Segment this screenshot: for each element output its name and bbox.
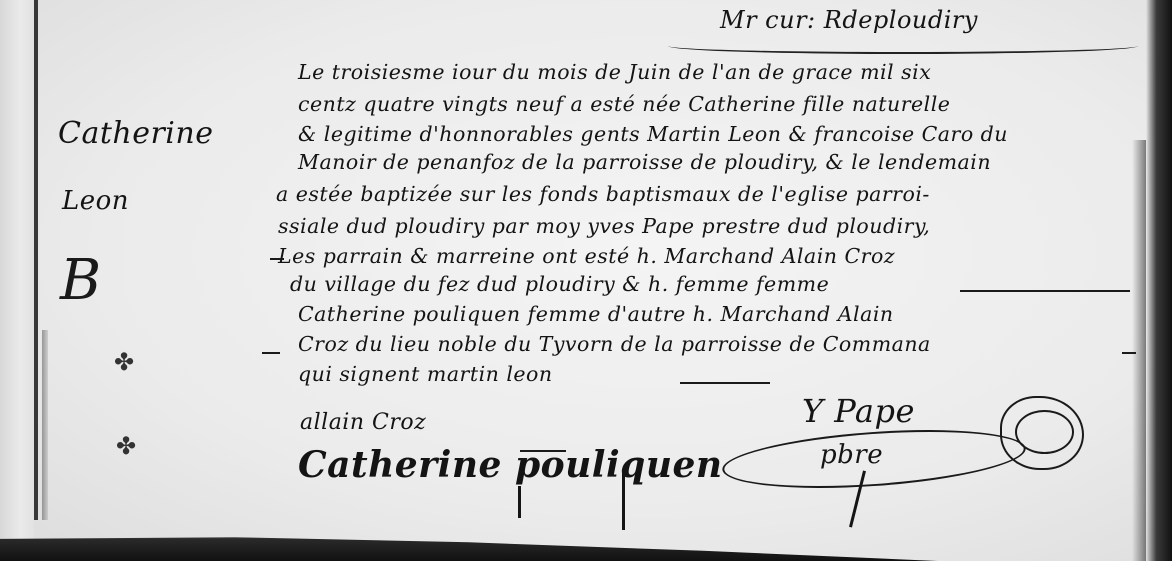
signature-priest: Y Pape <box>802 392 915 430</box>
entry-line: & legitime d'honnorables gents Martin Le… <box>298 122 1008 146</box>
signature-catherine-pouliquen: Catherine pouliquen <box>298 444 723 486</box>
entry-line: Manoir de penanfoz de la parroisse de pl… <box>298 150 991 174</box>
signature-descender <box>518 486 521 518</box>
entry-line: ssiale dud ploudiry par moy yves Pape pr… <box>278 214 930 238</box>
margin-rule <box>34 0 38 520</box>
cross-mark-icon: ✤ <box>114 348 134 376</box>
signature-priest-title: pbre <box>820 440 883 470</box>
register-page: Mr cur: Rdeploudiry Catherine Leon B ✤ ✤… <box>0 0 1172 561</box>
page-gutter <box>0 0 34 561</box>
entry-line: Le troisiesme iour du mois de Juin de l'… <box>298 60 931 84</box>
entry-line: qui signent martin leon <box>298 362 553 386</box>
entry-line: Les parrain & marreine ont esté h. March… <box>278 244 895 268</box>
entry-line: Catherine pouliquen femme d'autre h. Mar… <box>298 302 894 326</box>
cross-mark-icon: ✤ <box>116 432 136 460</box>
entry-line: centz quatre vingts neuf a esté née Cath… <box>298 92 950 116</box>
page-binding-edge <box>1146 0 1172 561</box>
line-dash <box>270 258 284 260</box>
margin-baptism-mark: B <box>60 248 101 313</box>
header-title: Mr cur: Rdeploudiry <box>720 6 978 34</box>
strike-line <box>960 290 1130 292</box>
signature-paraph-inner <box>1015 410 1074 454</box>
entry-line: a estée baptizée sur les fonds baptismau… <box>276 182 930 206</box>
entry-line: Croz du lieu noble du Tyvorn de la parro… <box>298 332 931 356</box>
entry-line: du village du fez dud ploudiry & h. femm… <box>290 272 829 296</box>
margin-name-last: Leon <box>62 186 129 216</box>
line-filler <box>680 382 770 384</box>
page-edge-shadow <box>1132 140 1146 561</box>
margin-rule-shadow <box>42 330 48 520</box>
signature-alain-croz: allain Croz <box>300 410 426 435</box>
page-bottom-edge <box>0 527 1172 561</box>
line-dash <box>1122 352 1136 354</box>
margin-name-first: Catherine <box>58 116 213 151</box>
header-flourish <box>668 38 1138 54</box>
signature-descender <box>622 470 625 530</box>
line-dash <box>262 352 280 354</box>
